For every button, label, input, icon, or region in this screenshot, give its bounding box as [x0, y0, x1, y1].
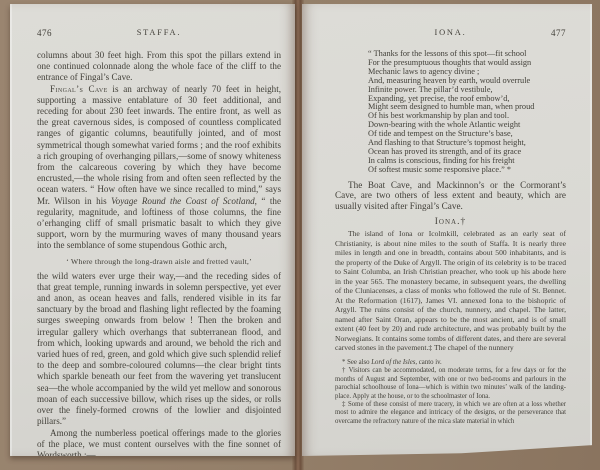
- page-left-header: 476 STAFFA.: [37, 28, 281, 41]
- paragraph-wild-waters: the wild waters ever urge their way,—and…: [37, 271, 281, 428]
- italic-text: Lord of the Isles: [371, 359, 415, 366]
- page-right: IONA. 477 “ Thanks for the lessons of th…: [302, 4, 592, 456]
- running-head-left: STAFFA.: [37, 28, 281, 37]
- paragraph-among: Among the numberless poetical offerings …: [37, 428, 281, 457]
- paragraph-iona: The island of Iona or Icolmkill, celebra…: [335, 229, 566, 353]
- footnote-dagger: † Visitors can be accommodated, on moder…: [335, 367, 566, 401]
- italic-text: Voyage Round the Coast of Scotland: [111, 196, 255, 206]
- section-heading-iona: Iona.†: [335, 217, 566, 227]
- page-number-right: 477: [551, 28, 566, 38]
- page-right-content: IONA. 477 “ Thanks for the lessons of th…: [335, 28, 566, 426]
- page-left: 476 STAFFA. columns about 30 feet high. …: [10, 4, 295, 456]
- footnote-double-dagger: ‡ Some of these consist of mere tracery,…: [335, 401, 566, 426]
- small-caps-text: Fingal’s Cave: [50, 84, 108, 94]
- text-segment: ‡ Some of these consist of mere tracery,…: [335, 401, 566, 425]
- text-segment: * See also: [342, 359, 371, 366]
- footnotes: * See also Lord of the Isles, canto iv. …: [335, 359, 566, 426]
- running-head-right: IONA.: [335, 28, 566, 37]
- text-segment: , canto iv.: [415, 359, 441, 366]
- verse-quote-line: ‘ Where through the long-drawn aisle and…: [37, 257, 281, 266]
- text-segment: † Visitors can be accommodated, on moder…: [335, 367, 566, 399]
- page-right-header: IONA. 477: [335, 28, 566, 41]
- paragraph-fingals-cave: Fingal’s Cave is an archway of nearly 70…: [37, 84, 281, 252]
- book-scan-photo: 476 STAFFA. columns about 30 feet high. …: [0, 0, 600, 470]
- text-segment: is an archway of nearly 70 feet in heigh…: [37, 84, 281, 206]
- wordsworth-sonnet: “ Thanks for the lessons of this spot—fi…: [368, 50, 566, 175]
- paragraph-columns: columns about 30 feet high. From this sp…: [37, 50, 281, 84]
- footnote-asterisk: * See also Lord of the Isles, canto iv.: [335, 359, 566, 367]
- poem-line: Of softest music some responsive place.”…: [368, 166, 566, 175]
- paragraph-boat-cave: The Boat Cave, and Mackinnon’s or the Co…: [335, 180, 566, 212]
- page-left-content: 476 STAFFA. columns about 30 feet high. …: [37, 28, 281, 456]
- page-number-left: 476: [37, 28, 52, 38]
